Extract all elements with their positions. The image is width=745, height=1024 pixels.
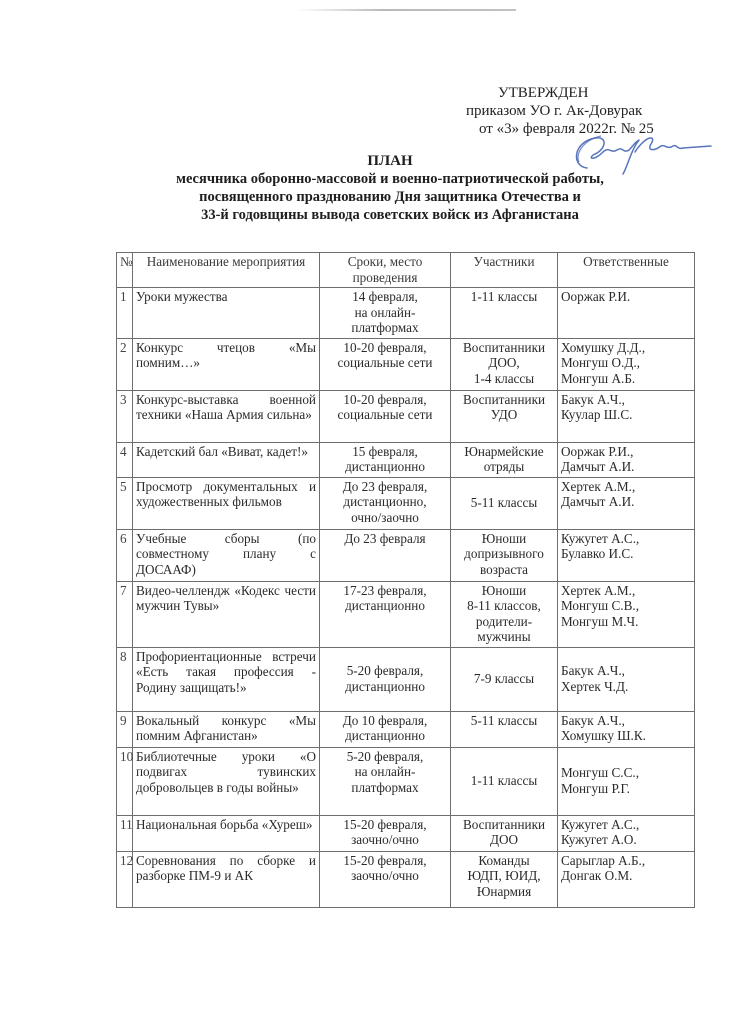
table-row: 5Просмотр документальных и художественны… [117, 477, 695, 529]
event-responsible-line: Донгак О.М. [561, 868, 691, 884]
event-date-line: До 23 февраля, [323, 479, 447, 495]
event-participants-line: мужчины [454, 629, 554, 645]
header-responsible: Ответственные [558, 253, 695, 288]
event-name: Просмотр документальных и художественных… [133, 477, 320, 529]
event-responsible: Хертек А.М.,Дамчыт А.И. [558, 477, 695, 529]
event-participants-line: УДО [454, 407, 554, 423]
event-participants-line: Воспитанники [454, 392, 554, 408]
event-responsible-line: Сарыглар А.Б., [561, 853, 691, 869]
row-number: 12 [117, 851, 133, 907]
event-date-line: платформах [323, 320, 447, 336]
event-name: Учебные сборы (по совместному плану с ДО… [133, 529, 320, 581]
event-date-line: 5-20 февраля, [323, 663, 447, 679]
event-date: 15 февраля,дистанционно [320, 442, 451, 477]
event-date: 10-20 февраля,социальные сети [320, 338, 451, 390]
document-heading: ПЛАН месячника оборонно-массовой и военн… [120, 152, 660, 224]
event-participants-line: 8-11 классов, [454, 598, 554, 614]
event-date-line: дистанционно [323, 728, 447, 744]
row-number: 3 [117, 390, 133, 442]
scan-artifact-line [296, 9, 516, 11]
event-responsible-line: Хертек А.М., [561, 479, 691, 495]
event-participants: Юноши8-11 классов,родители-мужчины [451, 581, 558, 647]
event-responsible-line: Монгуш А.Б. [561, 371, 691, 387]
event-participants: 7-9 классы [451, 647, 558, 711]
document-title: ПЛАН [120, 152, 660, 170]
document-subtitle-3: 33-й годовщины вывода советских войск из… [120, 206, 660, 224]
event-participants: 1-11 классы [451, 747, 558, 815]
approval-title: УТВЕРЖДЕН [460, 84, 700, 102]
event-date: 17-23 февраля,дистанционно [320, 581, 451, 647]
event-responsible-line: Кужугет А.С., [561, 817, 691, 833]
event-date-line: 15 февраля, [323, 444, 447, 460]
event-participants: ВоспитанникиДОО,1-4 классы [451, 338, 558, 390]
event-responsible-line: Бакук А.Ч., [561, 392, 691, 408]
event-responsible-line: Монгуш Р.Г. [561, 781, 691, 797]
document-subtitle-2: посвященного празднованию Дня защитника … [120, 188, 660, 206]
event-date-line: социальные сети [323, 355, 447, 371]
table-header-row: № Наименование мероприятия Сроки, место … [117, 253, 695, 288]
event-name: Конкурс чтецов «Мы помним…» [133, 338, 320, 390]
table-row: 6Учебные сборы (по совместному плану с Д… [117, 529, 695, 581]
event-name: Национальная борьба «Хуреш» [133, 815, 320, 851]
event-name: Вокальный конкурс «Мы помним Афганистан» [133, 711, 320, 747]
event-participants-line: 7-9 классы [454, 671, 554, 687]
row-number: 2 [117, 338, 133, 390]
event-date-line: 10-20 февраля, [323, 392, 447, 408]
event-participants-line: ДОО, [454, 355, 554, 371]
event-date-line: 17-23 февраля, [323, 583, 447, 599]
event-participants-line: отряды [454, 459, 554, 475]
table-row: 7Видео-челлендж «Кодекс чести мужчин Тув… [117, 581, 695, 647]
document-subtitle-1: месячника оборонно-массовой и военно-пат… [120, 170, 660, 188]
event-date-line: дистанционно [323, 679, 447, 695]
event-date-line: 14 февраля, [323, 289, 447, 305]
event-responsible-line: Монгуш М.Ч. [561, 614, 691, 630]
event-participants: 5-11 классы [451, 711, 558, 747]
row-number: 11 [117, 815, 133, 851]
header-participants: Участники [451, 253, 558, 288]
event-date: До 10 февраля,дистанционно [320, 711, 451, 747]
event-name: Соревнования по сборке и разборке ПМ-9 и… [133, 851, 320, 907]
event-participants-line: Команды [454, 853, 554, 869]
table-row: 4Кадетский бал «Виват, кадет!»15 февраля… [117, 442, 695, 477]
table-row: 3Конкурс-выставка военной техники «Наша … [117, 390, 695, 442]
table-row: 10Библиотечные уроки «О подвигах тувинск… [117, 747, 695, 815]
event-date-line: на онлайн- [323, 764, 447, 780]
event-participants-line: Воспитанники [454, 817, 554, 833]
event-date: 14 февраля,на онлайн-платформах [320, 288, 451, 339]
table-row: 2Конкурс чтецов «Мы помним…»10-20 феврал… [117, 338, 695, 390]
event-participants-line: 5-11 классы [454, 495, 554, 511]
event-date-line: 10-20 февраля, [323, 340, 447, 356]
event-responsible-line: Хертек Ч.Д. [561, 679, 691, 695]
header-num: № [117, 253, 133, 288]
event-responsible-line: Монгуш С.С., [561, 765, 691, 781]
event-participants-line: 1-11 классы [454, 773, 554, 789]
event-date-line: социальные сети [323, 407, 447, 423]
row-number: 9 [117, 711, 133, 747]
event-participants: КомандыЮДП, ЮИД,Юнармия [451, 851, 558, 907]
event-participants-line: 1-4 классы [454, 371, 554, 387]
event-name: Профориентационные встречи «Есть такая п… [133, 647, 320, 711]
event-participants-line: Юноши [454, 583, 554, 599]
event-responsible-line: Куулар Ш.С. [561, 407, 691, 423]
row-number: 10 [117, 747, 133, 815]
event-responsible: Бакук А.Ч.,Хертек Ч.Д. [558, 647, 695, 711]
event-responsible: Ооржак Р.И.,Дамчыт А.И. [558, 442, 695, 477]
event-participants-line: Юноши [454, 531, 554, 547]
event-name: Библиотечные уроки «О подвигах тувинских… [133, 747, 320, 815]
event-date-line: дистанционно [323, 459, 447, 475]
event-name: Уроки мужества [133, 288, 320, 339]
event-responsible: Кужугет А.С.,Кужугет А.О. [558, 815, 695, 851]
event-responsible-line: Бакук А.Ч., [561, 663, 691, 679]
event-participants-line: ЮДП, ЮИД, [454, 868, 554, 884]
event-responsible: Хертек А.М.,Монгуш С.В.,Монгуш М.Ч. [558, 581, 695, 647]
event-participants-line: Юнармия [454, 884, 554, 900]
event-date-line: заочно/очно [323, 832, 447, 848]
event-responsible-line: Дамчыт А.И. [561, 494, 691, 510]
event-date: До 23 февраля [320, 529, 451, 581]
row-number: 8 [117, 647, 133, 711]
event-date-line: 15-20 февраля, [323, 817, 447, 833]
event-participants-line: ДОО [454, 832, 554, 848]
event-responsible: Монгуш С.С.,Монгуш Р.Г. [558, 747, 695, 815]
plan-table: № Наименование мероприятия Сроки, место … [116, 252, 695, 908]
event-date-line: платформах [323, 780, 447, 796]
event-responsible-line: Ооржак Р.И. [561, 289, 691, 305]
event-responsible: Бакук А.Ч.,Куулар Ш.С. [558, 390, 695, 442]
event-responsible-line: Кужугет А.О. [561, 832, 691, 848]
row-number: 1 [117, 288, 133, 339]
event-responsible: Хомушку Д.Д.,Монгуш О.Д.,Монгуш А.Б. [558, 338, 695, 390]
event-date-line: 15-20 февраля, [323, 853, 447, 869]
event-date-line: До 23 февраля [323, 531, 447, 547]
event-name: Кадетский бал «Виват, кадет!» [133, 442, 320, 477]
event-responsible-line: Монгуш С.В., [561, 598, 691, 614]
event-date-line: 5-20 февраля, [323, 749, 447, 765]
row-number: 5 [117, 477, 133, 529]
event-participants-line: Воспитанники [454, 340, 554, 356]
event-participants: 1-11 классы [451, 288, 558, 339]
event-participants-line: Юнармейские [454, 444, 554, 460]
event-responsible-line: Кужугет А.С., [561, 531, 691, 547]
event-date-line: заочно/очно [323, 868, 447, 884]
event-participants-line: 5-11 классы [454, 713, 554, 729]
event-date-line: дистанционно, [323, 494, 447, 510]
header-date: Сроки, место проведения [320, 253, 451, 288]
event-date-line: До 10 февраля, [323, 713, 447, 729]
event-responsible: Кужугет А.С.,Булавко И.С. [558, 529, 695, 581]
row-number: 7 [117, 581, 133, 647]
event-responsible-line: Дамчыт А.И. [561, 459, 691, 475]
event-participants: Юнармейскиеотряды [451, 442, 558, 477]
event-responsible-line: Ооржак Р.И., [561, 444, 691, 460]
approval-order: приказом УО г. Ак-Довурак [460, 102, 700, 120]
event-participants-line: родители- [454, 614, 554, 630]
row-number: 6 [117, 529, 133, 581]
event-responsible-line: Хомушку Д.Д., [561, 340, 691, 356]
table-row: 12Соревнования по сборке и разборке ПМ-9… [117, 851, 695, 907]
event-name: Видео-челлендж «Кодекс чести мужчин Тувы… [133, 581, 320, 647]
event-responsible: Ооржак Р.И. [558, 288, 695, 339]
event-responsible-line: Хомушку Ш.К. [561, 728, 691, 744]
table-body: 1Уроки мужества14 февраля,на онлайн-плат… [117, 288, 695, 908]
event-participants: Юношидопризывноговозраста [451, 529, 558, 581]
event-responsible-line: Хертек А.М., [561, 583, 691, 599]
event-date: 5-20 февраля,на онлайн-платформах [320, 747, 451, 815]
event-participants-line: допризывного [454, 546, 554, 562]
header-name: Наименование мероприятия [133, 253, 320, 288]
event-name: Конкурс-выставка военной техники «Наша А… [133, 390, 320, 442]
event-participants-line: возраста [454, 562, 554, 578]
event-participants: ВоспитанникиУДО [451, 390, 558, 442]
row-number: 4 [117, 442, 133, 477]
event-responsible: Бакук А.Ч.,Хомушку Ш.К. [558, 711, 695, 747]
event-responsible: Сарыглар А.Б.,Донгак О.М. [558, 851, 695, 907]
event-date-line: дистанционно [323, 598, 447, 614]
event-responsible-line: Бакук А.Ч., [561, 713, 691, 729]
event-responsible-line: Булавко И.С. [561, 546, 691, 562]
event-date-line: очно/заочно [323, 510, 447, 526]
event-date-line: на онлайн- [323, 305, 447, 321]
event-participants: 5-11 классы [451, 477, 558, 529]
table-row: 9Вокальный конкурс «Мы помним Афганистан… [117, 711, 695, 747]
event-participants: ВоспитанникиДОО [451, 815, 558, 851]
event-date: 15-20 февраля,заочно/очно [320, 851, 451, 907]
event-date: 10-20 февраля,социальные сети [320, 390, 451, 442]
event-responsible-line: Монгуш О.Д., [561, 355, 691, 371]
event-date: До 23 февраля,дистанционно,очно/заочно [320, 477, 451, 529]
table-row: 8Профориентационные встречи «Есть такая … [117, 647, 695, 711]
event-date: 5-20 февраля,дистанционно [320, 647, 451, 711]
event-participants-line: 1-11 классы [454, 289, 554, 305]
event-date: 15-20 февраля,заочно/очно [320, 815, 451, 851]
table-row: 11Национальная борьба «Хуреш»15-20 февра… [117, 815, 695, 851]
table-row: 1Уроки мужества14 февраля,на онлайн-плат… [117, 288, 695, 339]
